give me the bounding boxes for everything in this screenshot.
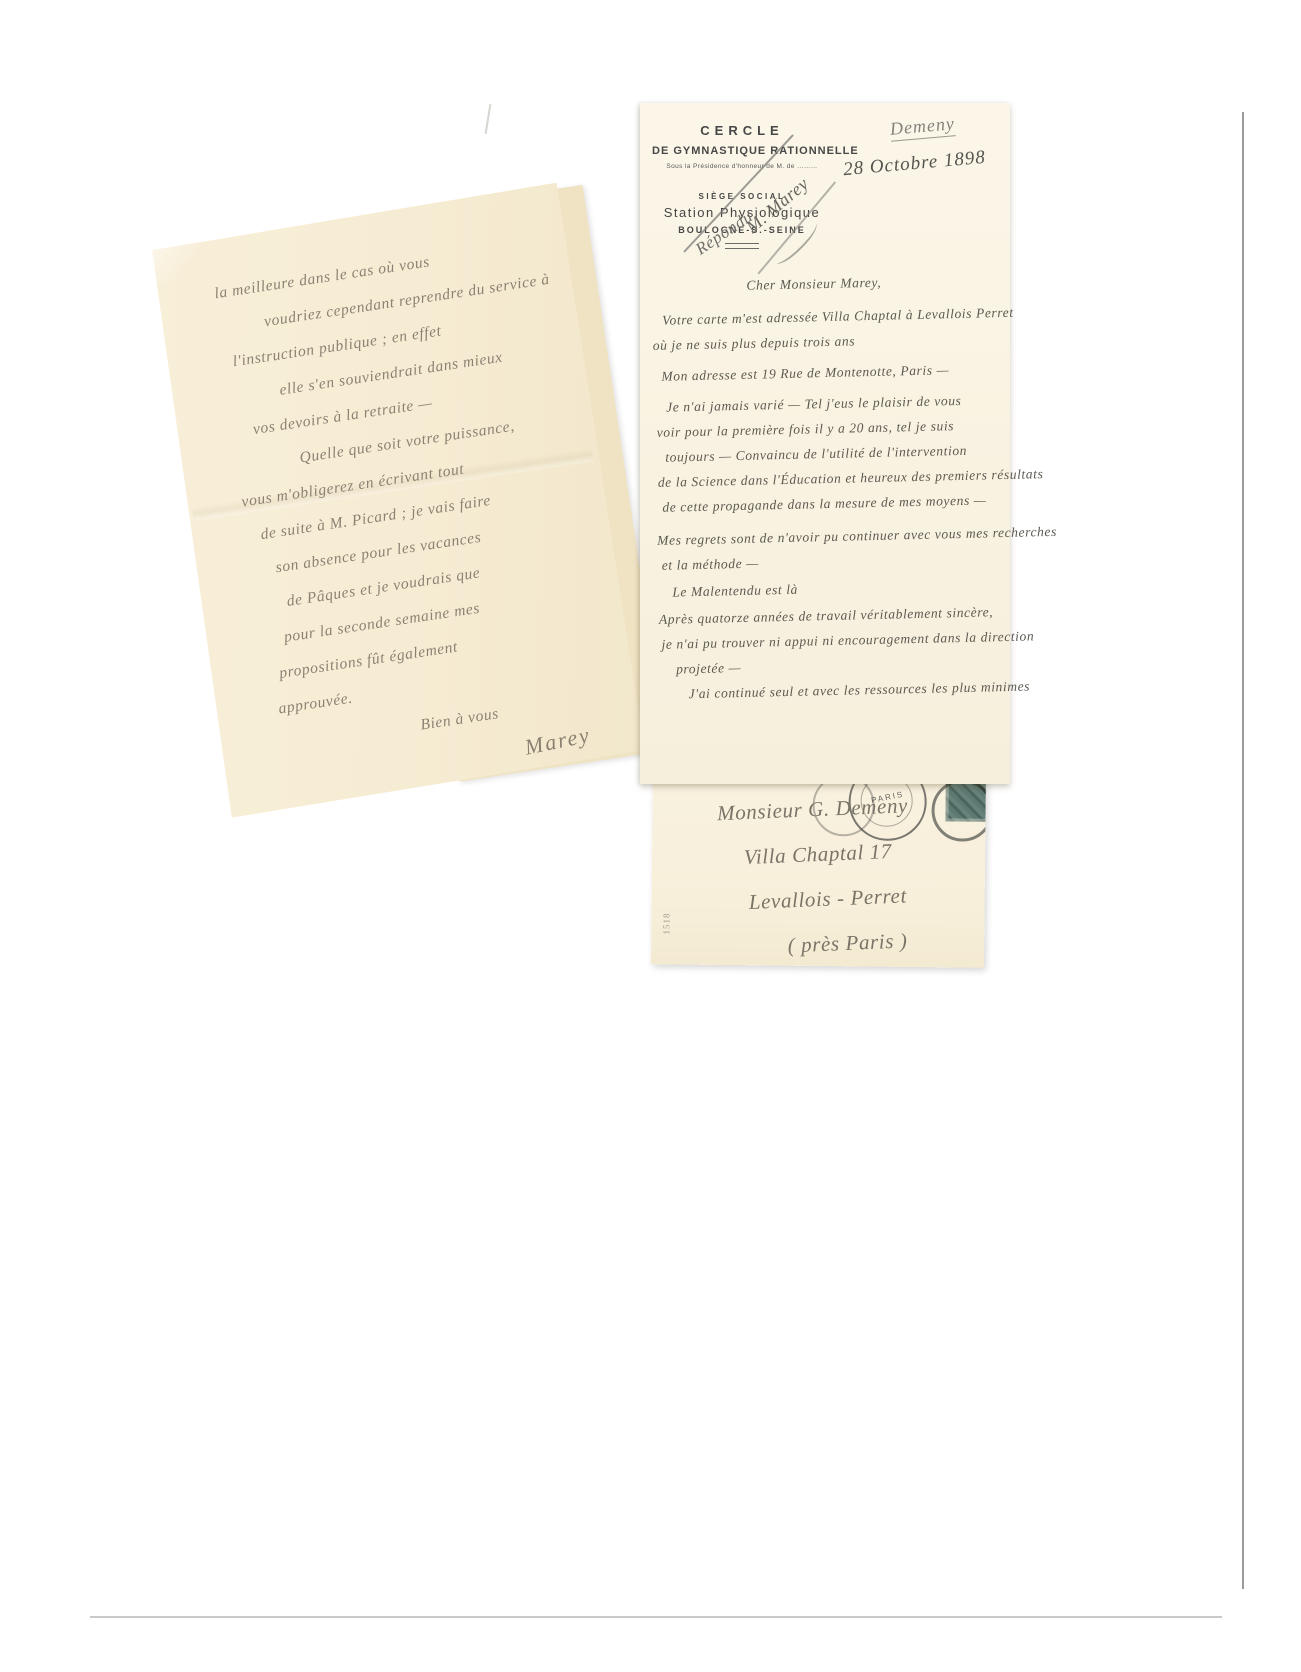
letter-paper: la meilleure dans le cas où vous voudrie… (144, 182, 645, 818)
salutation: Cher Monsieur Marey, (746, 267, 997, 298)
right-letter-sheet: CERCLE DE GYMNASTIQUE RATIONNELLE Sous l… (640, 103, 1010, 784)
stamp-cancel-icon (931, 779, 986, 842)
left-letter-text: la meilleure dans le cas où vous voudrie… (202, 228, 616, 799)
letterhead-separator (725, 243, 759, 249)
envelope: PARIS Monsieur G. Demeny Villa Chaptal 1… (651, 760, 986, 967)
stray-pencil-mark (485, 104, 492, 134)
address-line: ( près Paris ) (787, 918, 915, 968)
letter-line: Mon adresse est 19 Rue de Montenotte, Pa… (661, 356, 998, 389)
vertical-rule (1242, 112, 1244, 1589)
horizontal-rule (90, 1616, 1222, 1618)
left-letter-sheet: la meilleure dans le cas où vous voudrie… (144, 182, 645, 818)
envelope-address: Monsieur G. Demeny Villa Chaptal 17 Leva… (686, 783, 914, 967)
archival-side-note: 1518 (661, 912, 671, 934)
scanned-page: la meilleure dans le cas où vous voudrie… (0, 0, 1301, 1672)
paper-corner-highlight (144, 236, 203, 284)
address-line: Monsieur G. Demeny (716, 783, 909, 836)
letterhead-subtitle: DE GYMNASTIQUE RATIONNELLE (652, 145, 832, 157)
pencil-name-annotation: Demeny (889, 113, 956, 142)
letterhead-title: CERCLE (652, 123, 832, 138)
address-line: Villa Chaptal 17 (743, 828, 911, 880)
address-line: Levallois - Perret (748, 873, 913, 925)
right-letter-text: Cher Monsieur Marey, Votre carte m'est a… (651, 267, 1006, 707)
letterhead-honorary-line: Sous la Présidence d'honneur de M. de ……… (652, 163, 832, 170)
letter-date: 28 Octobre 1898 (842, 147, 986, 181)
